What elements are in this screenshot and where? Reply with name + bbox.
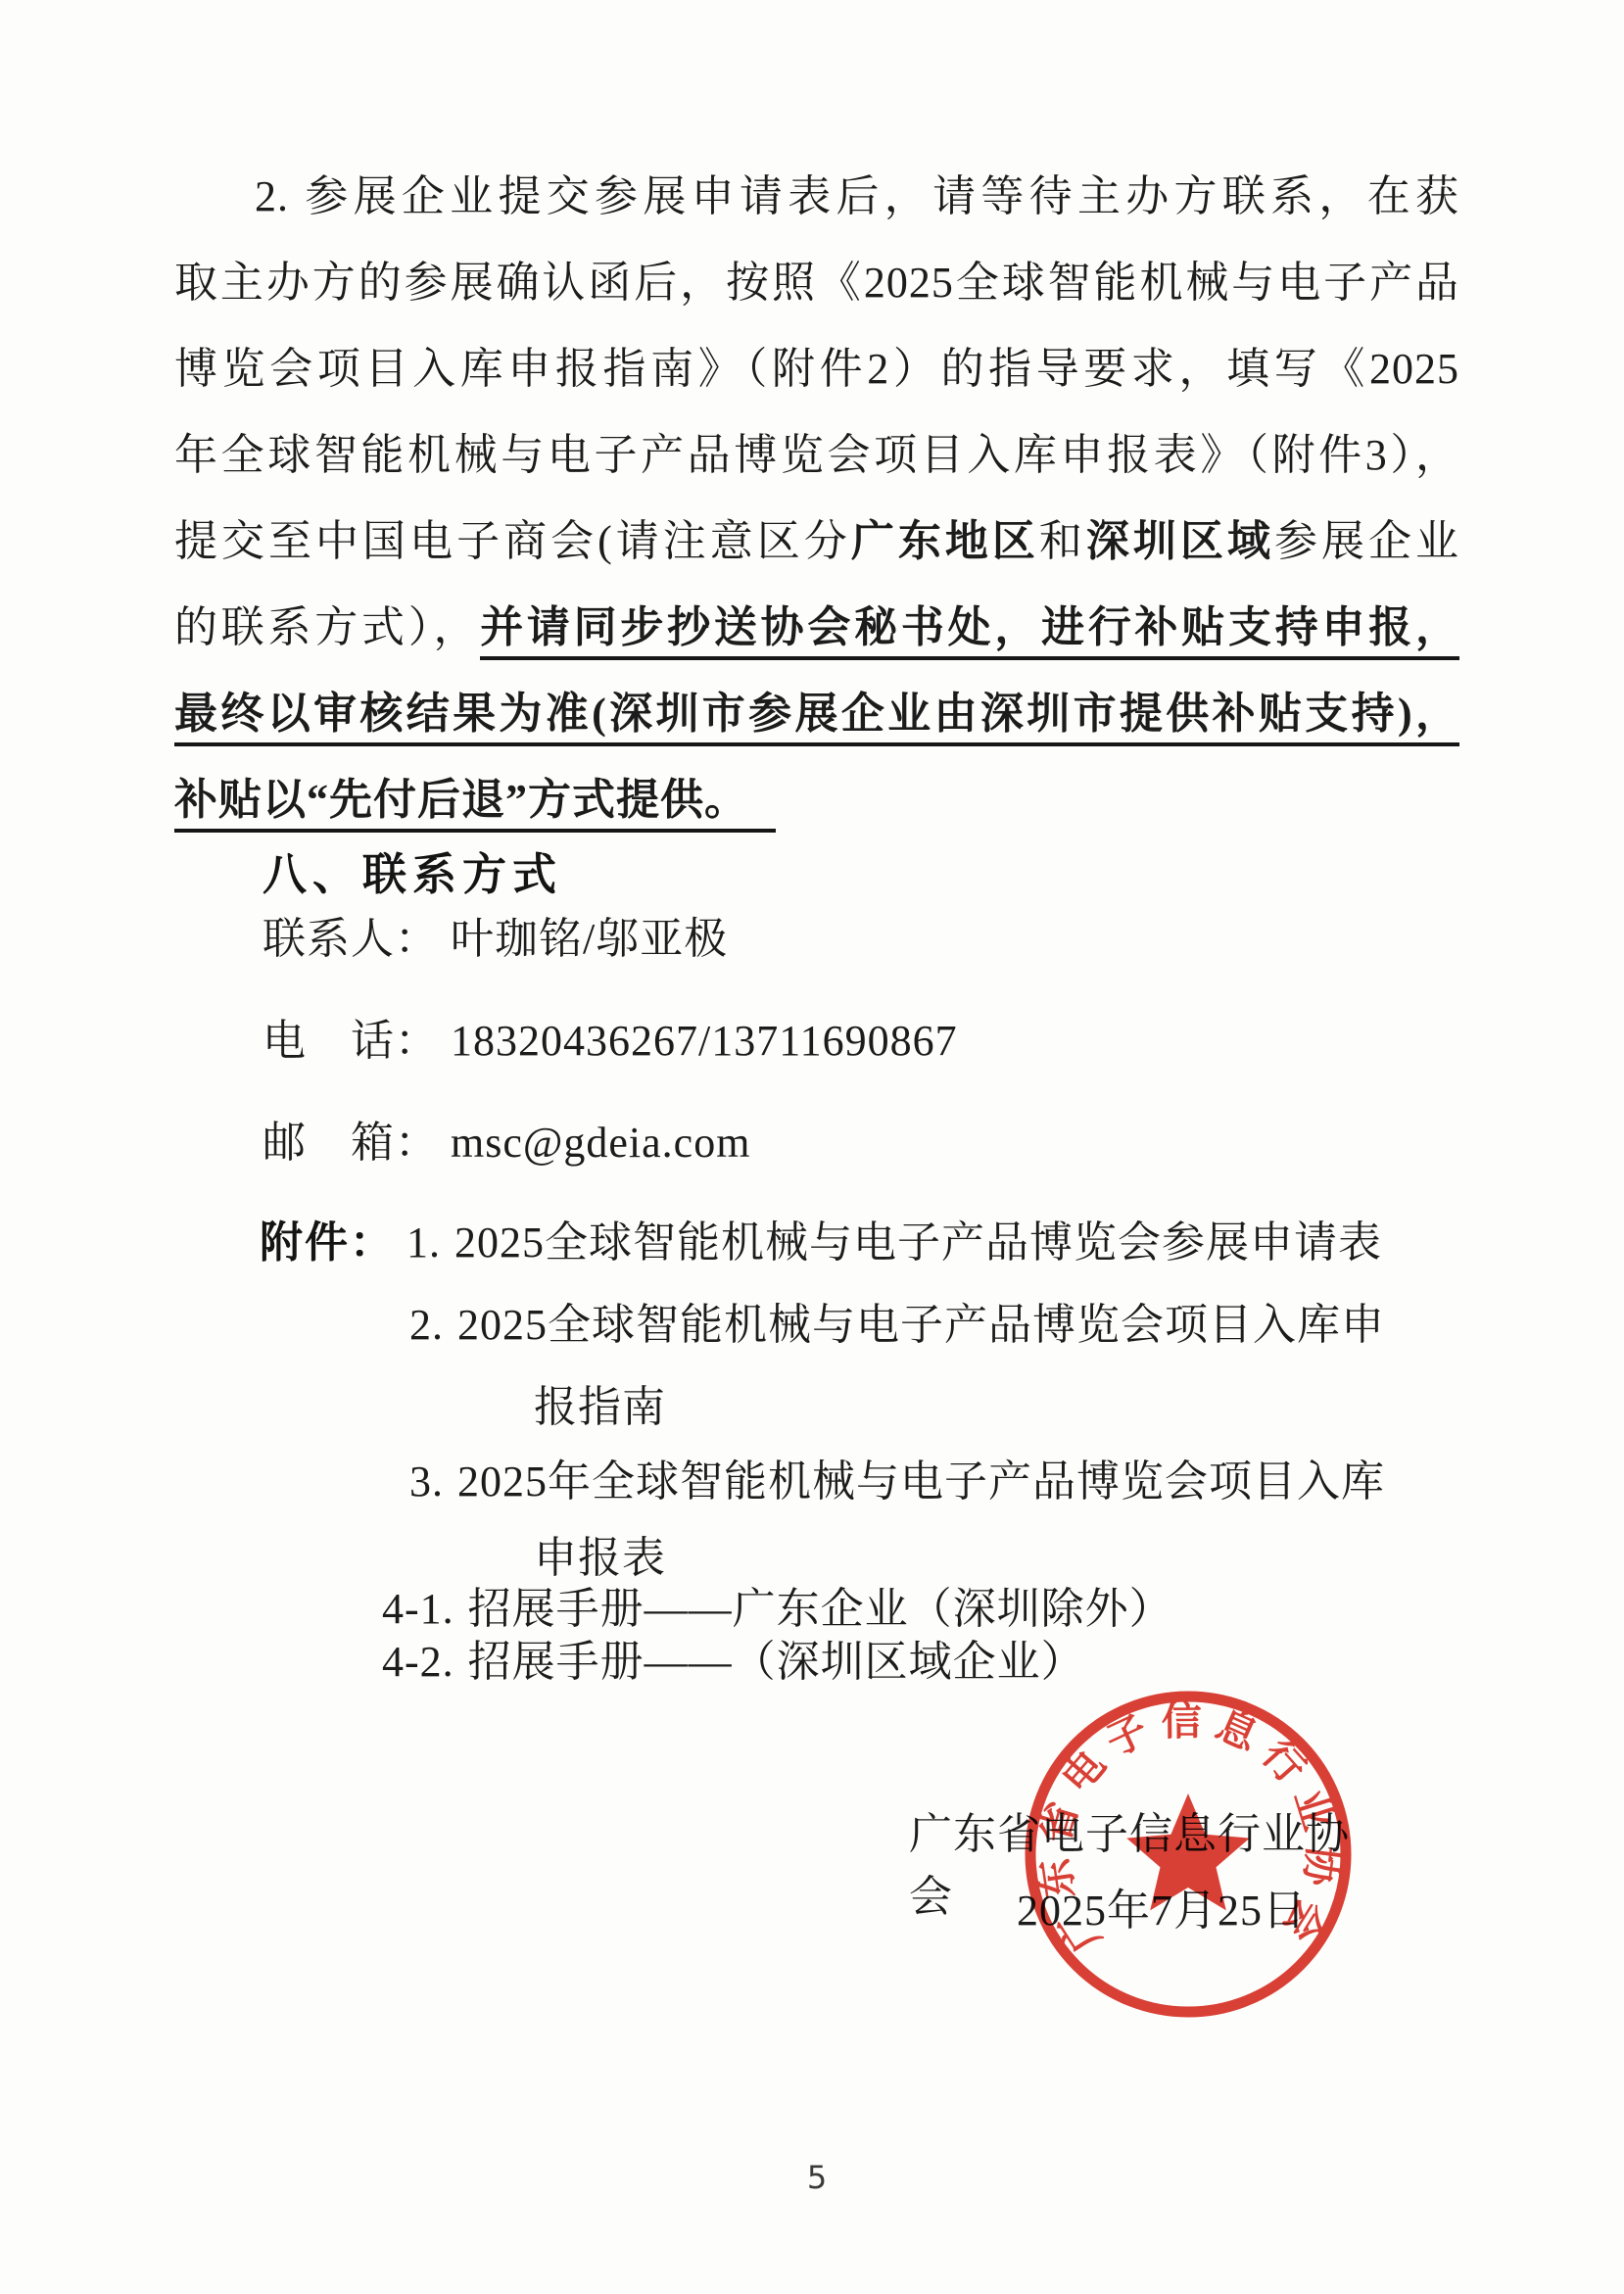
contact-email-label: 邮 箱：: [263, 1107, 439, 1170]
attachments-label: 附件：: [260, 1207, 406, 1269]
contact-person-value: 叶珈铭/邬亚极: [451, 915, 728, 963]
body-text: 参展企业: [1274, 517, 1459, 565]
attachment-item-4-2: 4-2.招展手册——（深圳区域企业）: [382, 1626, 1085, 1689]
underlined-emphasis: 最终以审核结果为准(深圳市参展企业由深圳市提供补贴支持)，: [174, 690, 1459, 746]
body-text: 博览会项目入库申报指南》（附件2）的指导要求，填写《2025: [174, 345, 1459, 393]
attachment-title: 2025全球智能机械与电子产品博览会参展申请表: [454, 1219, 1382, 1266]
body-text: 和: [1039, 517, 1086, 565]
paragraph-line-8: 补贴以“先付后退”方式提供。: [174, 770, 1459, 831]
seal-star-icon: [1126, 1793, 1250, 1910]
paragraph-line-4: 年全球智能机械与电子产品博览会项目入库申报表》（附件3），: [174, 425, 1459, 486]
body-text: 提交至中国电子商会(请注意区分: [174, 517, 851, 565]
emphasis-shenzhen-region: 深圳区域: [1086, 517, 1274, 565]
attachment-title: 招展手册——（深圳区域企业）: [468, 1638, 1085, 1686]
attachment-number: 3.: [409, 1457, 444, 1506]
body-text: 取主办方的参展确认函后，按照《2025全球智能机械与电子产品: [174, 259, 1459, 307]
document-page: 2. 参展企业提交参展申请表后，请等待主办方联系，在获 取主办方的参展确认函后，…: [0, 0, 1624, 2294]
attachment-title: 2025全球智能机械与电子产品博览会项目入库申: [457, 1301, 1385, 1349]
underlined-emphasis: 并请同步抄送协会秘书处，进行补贴支持申报，: [480, 603, 1459, 660]
page-number: 5: [788, 2159, 846, 2196]
attachment-item-2-continuation: 报指南: [534, 1371, 666, 1434]
contact-phone-value: 18320436267/13711690867: [451, 1017, 958, 1065]
attachment-item-3: 3.2025年全球智能机械与电子产品博览会项目入库: [409, 1446, 1385, 1508]
paragraph-line-6: 的联系方式），并请同步抄送协会秘书处，进行补贴支持申报，: [174, 597, 1459, 658]
attachment-item-1: 附件：1.2025全球智能机械与电子产品博览会参展申请表: [260, 1207, 1382, 1269]
paragraph-line-5: 提交至中国电子商会(请注意区分广东地区和深圳区域参展企业: [174, 511, 1459, 572]
attachment-number: 2.: [409, 1300, 444, 1350]
paragraph-line-7: 最终以审核结果为准(深圳市参展企业由深圳市提供补贴支持)，: [174, 684, 1459, 744]
contact-phone-row: 电 话：18320436267/13711690867: [263, 1005, 958, 1068]
underlined-emphasis: 补贴以“先付后退”方式提供。: [174, 776, 776, 833]
body-text: 的联系方式），: [174, 603, 480, 651]
official-seal: 广东省电子信息行业协会: [1012, 1678, 1364, 2031]
body-text: 2. 参展企业提交参展申请表后，请等待主办方联系，在获: [255, 172, 1459, 220]
contact-phone-label: 电 话：: [263, 1005, 439, 1068]
section-heading-contact: 八、联系方式: [263, 838, 562, 902]
paragraph-line-3: 博览会项目入库申报指南》（附件2）的指导要求，填写《2025: [174, 339, 1459, 400]
paragraph-line-1: 2. 参展企业提交参展申请表后，请等待主办方联系，在获: [174, 167, 1459, 227]
attachment-number: 1.: [406, 1218, 441, 1267]
emphasis-guangdong-region: 广东地区: [851, 517, 1039, 565]
attachment-number: 4-2.: [382, 1637, 454, 1687]
paragraph-line-2: 取主办方的参展确认函后，按照《2025全球智能机械与电子产品: [174, 253, 1459, 313]
contact-email-value: msc@gdeia.com: [451, 1119, 750, 1167]
contact-person-label: 联系人：: [263, 903, 439, 966]
attachment-item-2: 2.2025全球智能机械与电子产品博览会项目入库申: [409, 1289, 1385, 1352]
body-text: 年全球智能机械与电子产品博览会项目入库申报表》（附件3），: [174, 431, 1459, 479]
contact-person-row: 联系人：叶珈铭/邬亚极: [263, 903, 728, 966]
contact-email-row: 邮 箱：msc@gdeia.com: [263, 1107, 750, 1170]
attachment-title: 2025年全球智能机械与电子产品博览会项目入库: [457, 1458, 1385, 1505]
attachment-title: 报指南: [534, 1383, 666, 1431]
